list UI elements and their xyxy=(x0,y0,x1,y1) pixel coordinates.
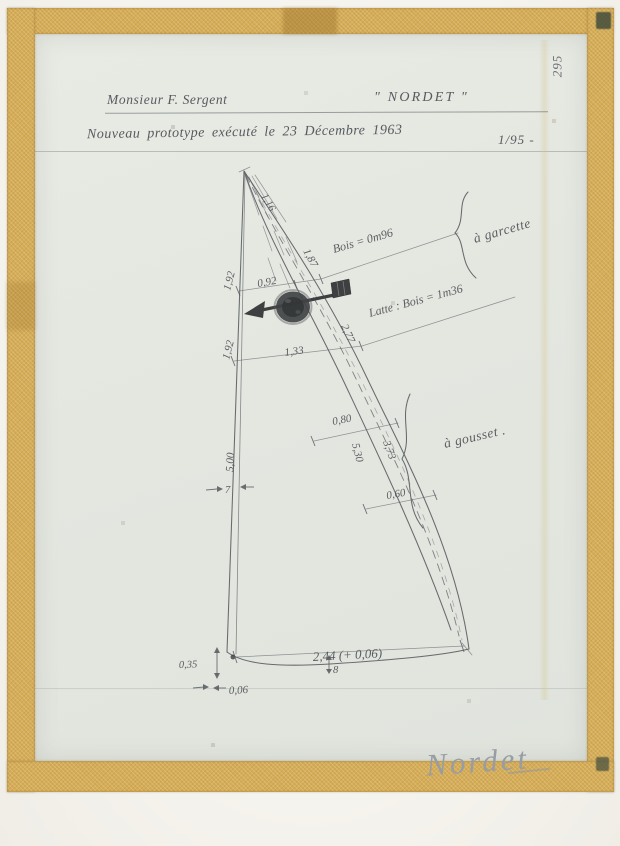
pennant-arrowhead-icon xyxy=(244,301,265,318)
pocket-width-line-top xyxy=(314,423,398,441)
dim-mast-sleeve-width: 7 xyxy=(225,485,231,496)
dim-tack-height: 0,35 xyxy=(179,659,198,671)
dim-head-panel-left: 1,92 xyxy=(221,270,238,292)
dim-mid-panel-left: 1,92 xyxy=(220,339,237,361)
arrow-left-icon xyxy=(240,484,246,490)
dim-top-width: 0,92 xyxy=(256,275,278,290)
arrow-down-icon xyxy=(214,673,220,679)
dim-luff-length: 5,00 xyxy=(224,452,237,472)
stamp-core xyxy=(282,297,304,317)
annotation-labels: Bois = 0m96 Latte : Bois = 1m36 à garcet… xyxy=(331,215,532,451)
note-gousset: à gousset . xyxy=(442,422,507,451)
scanned-sail-plan: Monsieur F. Sergent " NORDET " Nouveau p… xyxy=(0,0,620,846)
dimension-arrows xyxy=(193,484,332,691)
dim-mid-width: 1,33 xyxy=(284,344,305,359)
note-batten: Latte : Bois = 1m36 xyxy=(366,281,464,320)
sail-diagram: 0,92 1,92 1,92 1,33 5,00 7 1,16 1,87 2,7… xyxy=(0,0,620,846)
stamp-highlight xyxy=(296,310,301,314)
dim-pocket-bottom-width: 0,60 xyxy=(385,487,407,502)
dim-batten-pocket-length: 5,30 xyxy=(349,442,365,464)
arrow-left-icon xyxy=(213,685,219,691)
note-sleeve-top: Bois = 0m96 xyxy=(331,225,395,256)
pennant-flag-icon xyxy=(331,279,351,298)
head-hatching xyxy=(246,175,297,288)
luff-inner-line xyxy=(236,172,245,654)
dim-tack-setback: 0,06 xyxy=(229,684,249,697)
stamp-highlight xyxy=(285,299,291,303)
luff-line xyxy=(227,171,244,652)
construction-lines xyxy=(231,233,515,663)
dim-foot-round: 8 xyxy=(333,665,339,676)
arrow-right-icon xyxy=(203,684,209,690)
note-garcette: à garcette xyxy=(472,215,533,246)
dim-leech-bottom: 3,73 xyxy=(380,438,398,462)
dim-leech-top: 1,87 xyxy=(300,247,320,270)
arrow-right-icon xyxy=(217,486,223,492)
arrow-down-icon xyxy=(326,669,332,674)
arrow-up-icon xyxy=(214,647,220,653)
dim-pocket-top-width: 0,80 xyxy=(331,412,353,428)
